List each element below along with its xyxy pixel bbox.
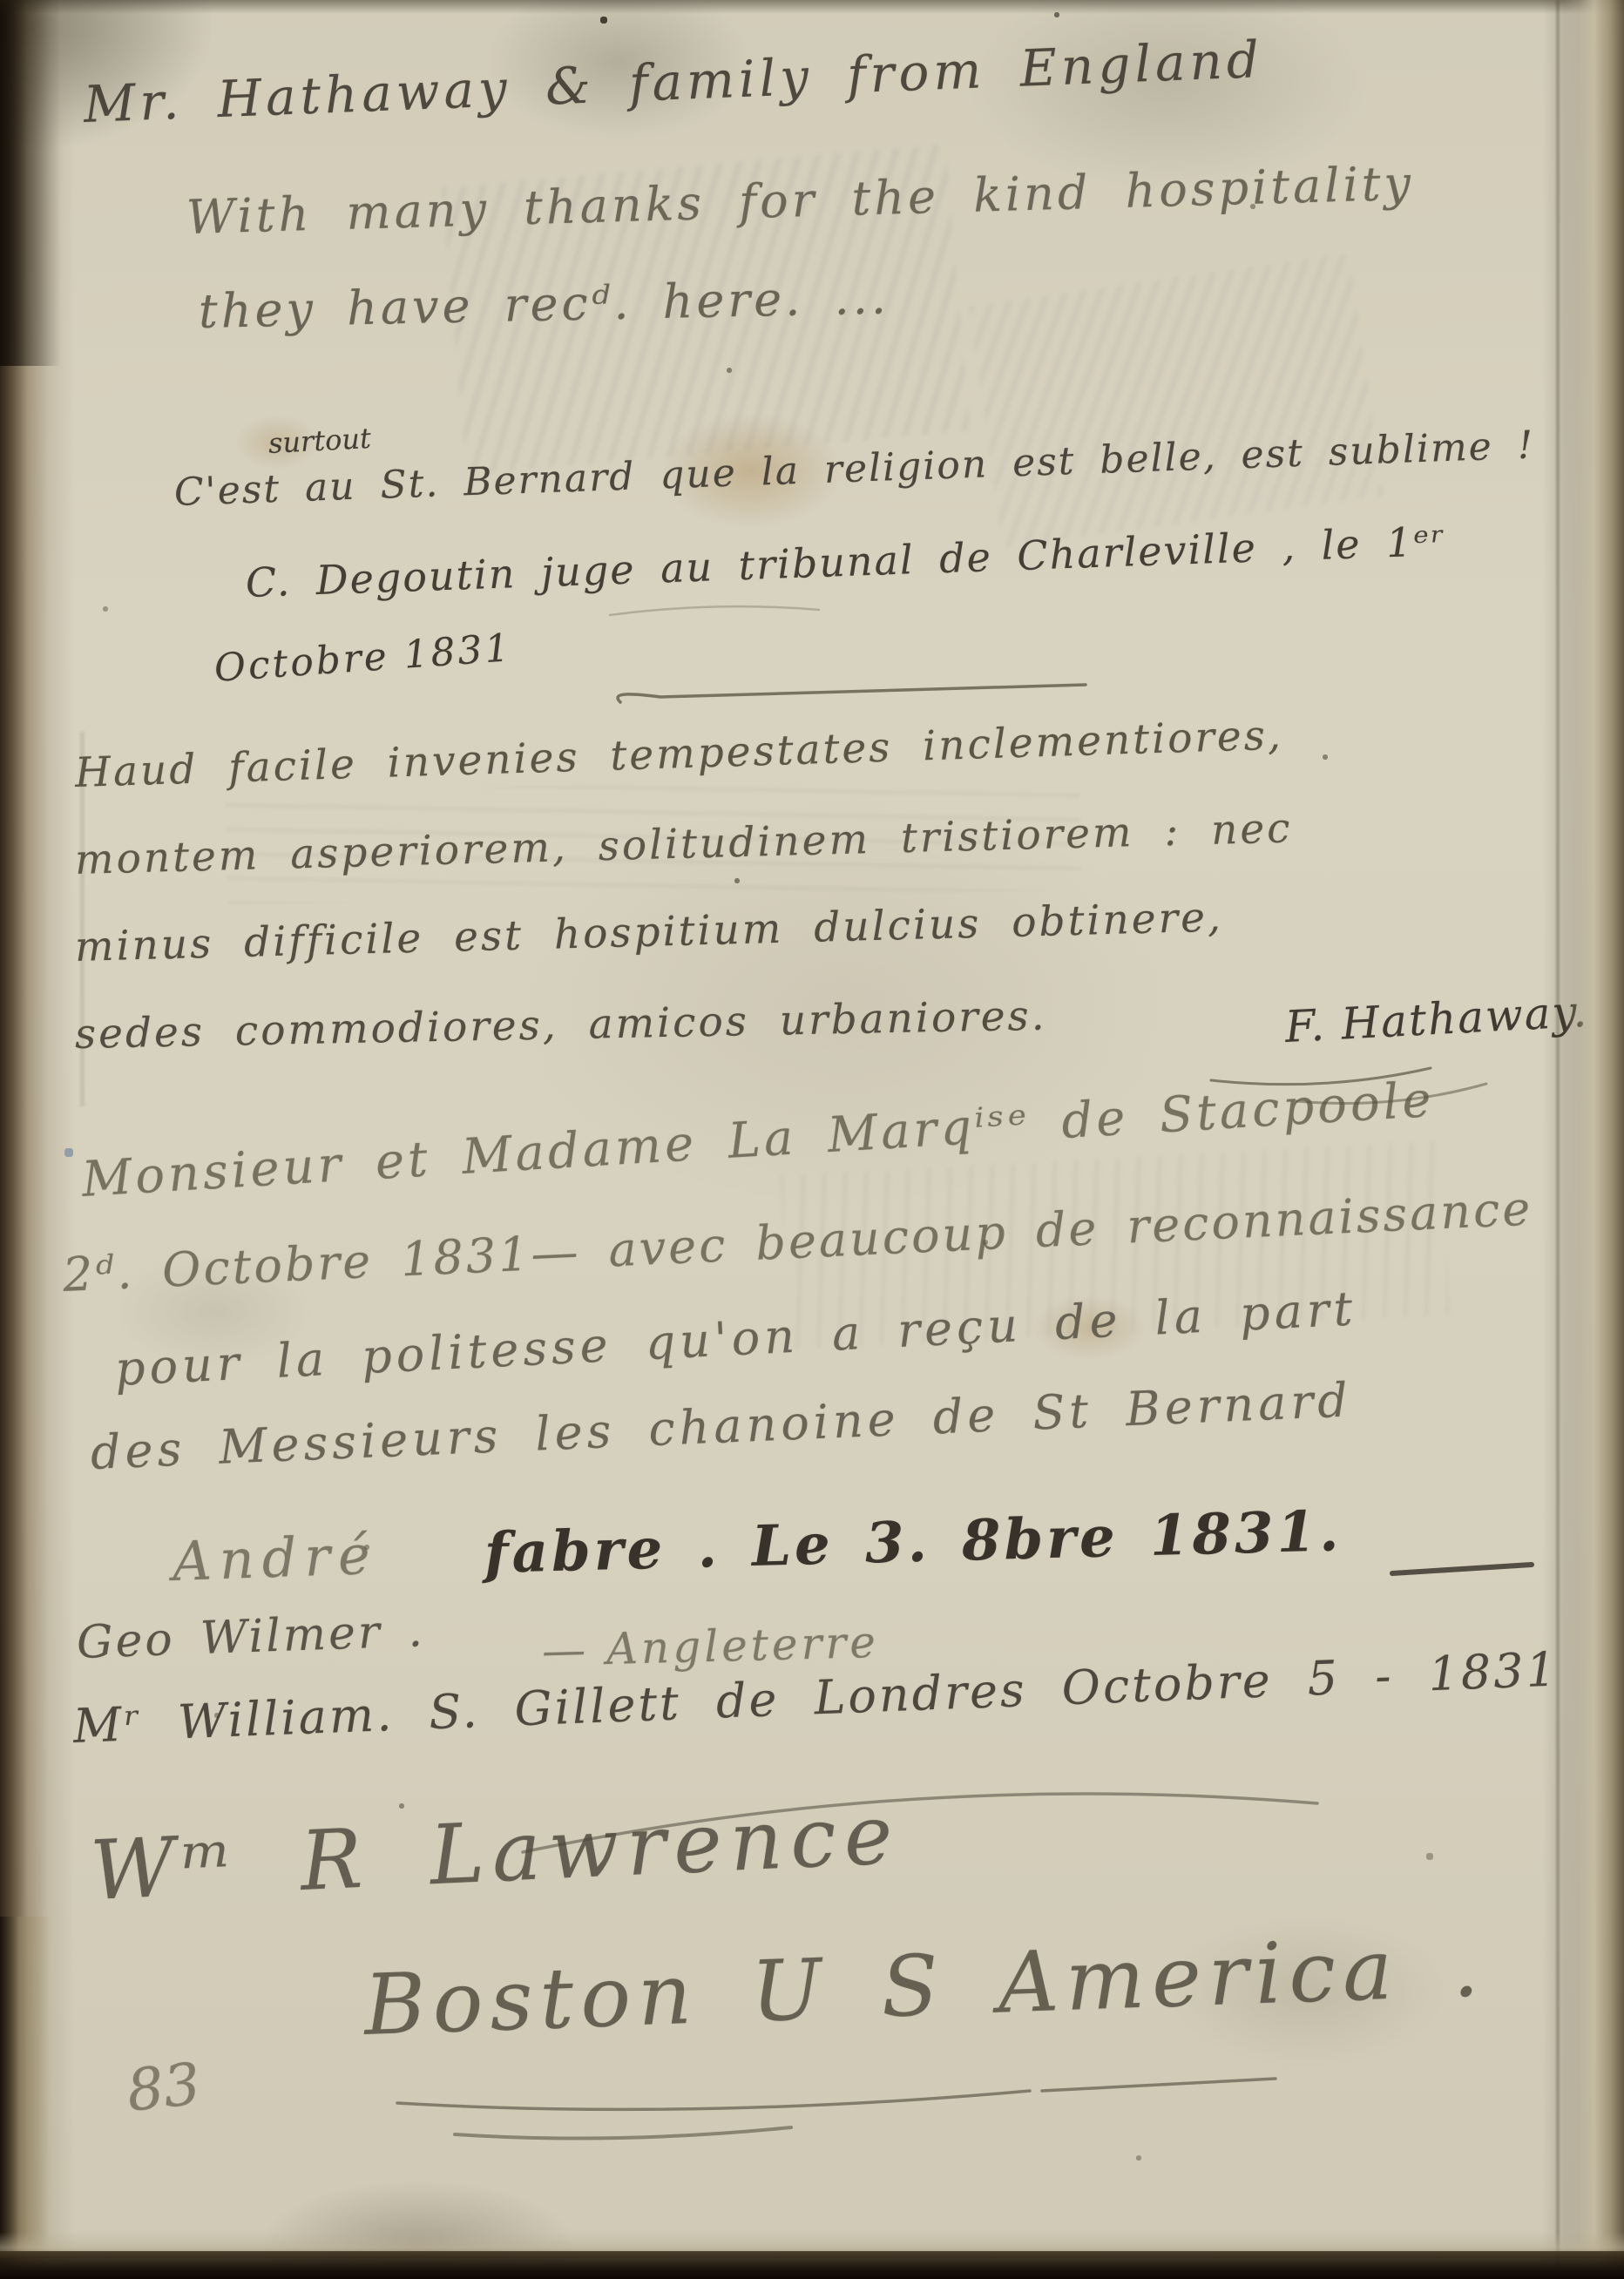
entry-wilmer-name: Geo Wilmer . — [76, 1605, 426, 1669]
entry-degoutin-line-1: C'est au St. Bernard que la religion est… — [173, 423, 1535, 514]
entry-latin-line-1: Haud facile invenies tempestates incleme… — [74, 711, 1283, 797]
entry-degoutin-inserted-word: surtout — [267, 422, 372, 460]
entry-degoutin-line-3: Octobre 1831 — [213, 626, 513, 691]
entry-stacpoole-line-1: Monsieur et Madame La Marqⁱˢᵉ de Stacpoo… — [80, 1072, 1436, 1208]
entry-stacpoole-line-4: des Messieurs les chanoine de St Bernard — [90, 1372, 1353, 1480]
ink-showthrough — [970, 254, 1384, 549]
entry-wilmer-country: — Angleterre — [541, 1617, 879, 1676]
entry-fabre-firstname: André — [172, 1523, 379, 1593]
entry-hathaway-line-1: Mr. Hathaway & family from England — [83, 30, 1264, 134]
page-right-edge — [1542, 0, 1624, 2279]
entry-hathaway-line-3: they have recᵈ. here. ... — [198, 269, 890, 339]
page-bottom-edge — [0, 2251, 1624, 2279]
page-right-crease — [1556, 0, 1560, 2279]
entry-latin-line-3: minus difficile est hospitium dulcius ob… — [74, 894, 1223, 971]
book-gutter-corner-bottom — [0, 1917, 51, 2279]
entry-lawrence-origin: Boston U S America . — [362, 1917, 1487, 2054]
entry-hathaway-line-2: With many thanks for the kind hospitalit… — [186, 156, 1415, 245]
entry-fabre-signature-date: fabre . Le 3. 8bre 1831. — [484, 1498, 1343, 1586]
entry-latin-line-2: montem asperiorem, solitudinem tristiore… — [74, 804, 1293, 884]
page-number: 83 — [124, 2050, 204, 2124]
page-stack-edge — [0, 2232, 1624, 2258]
entry-degoutin-line-2: C. Degoutin juge au tribunal de Charlevi… — [245, 517, 1447, 606]
entry-latin-signature: F. Hathaway. — [1283, 986, 1589, 1052]
entry-latin-line-4: sedes commodiores, amicos urbaniores. — [74, 992, 1047, 1058]
guestbook-manuscript-page: Mr. Hathaway & family from England With … — [0, 0, 1624, 2279]
book-gutter-edge — [0, 0, 75, 2279]
entry-lawrence-signature: Wᵐ R Lawrence — [89, 1788, 903, 1919]
paper-specks — [0, 0, 2, 2]
book-gutter-corner-top — [0, 0, 61, 366]
page-top-edge — [0, 0, 1624, 14]
